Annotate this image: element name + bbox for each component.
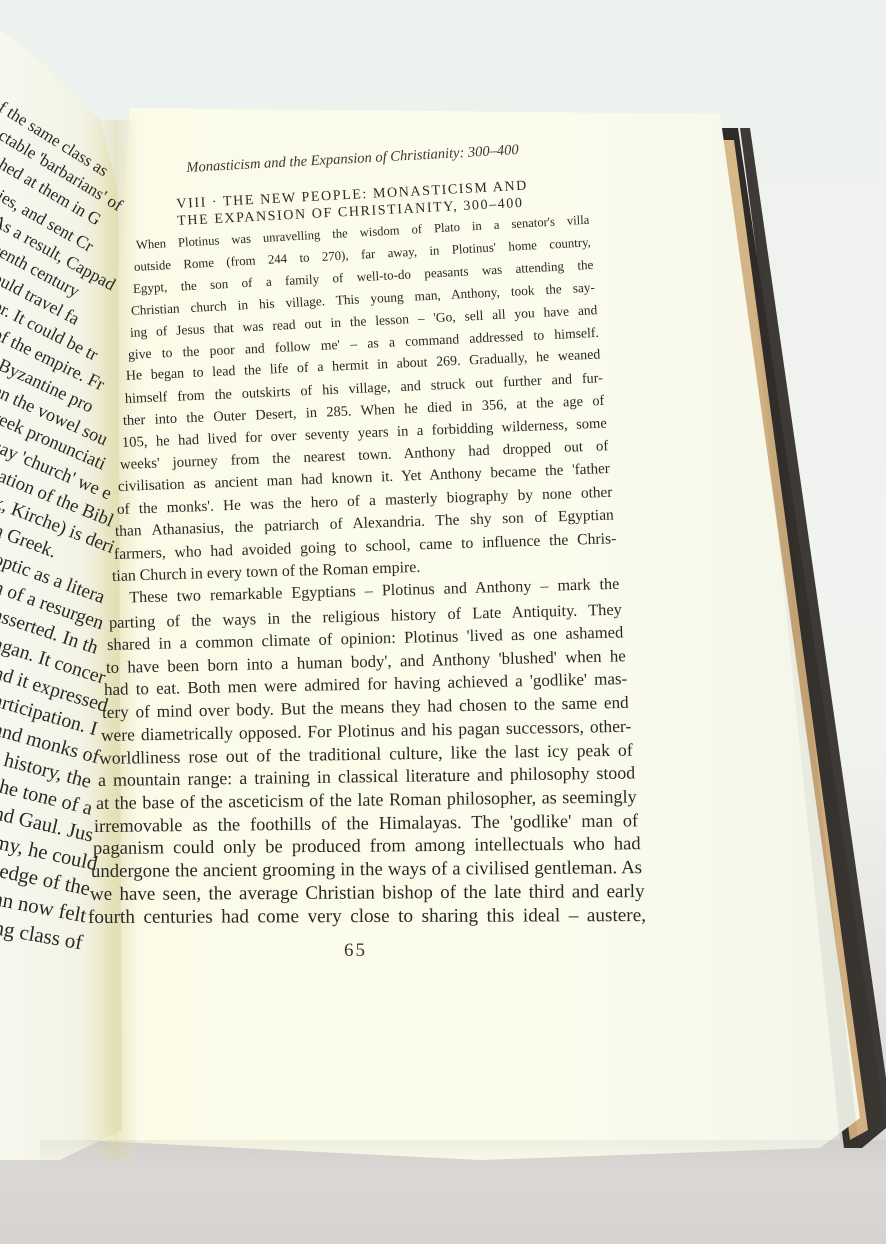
- body-line: we have seen, the average Christian bish…: [90, 881, 645, 906]
- body-line: fourth centuries had come very close to …: [88, 905, 646, 929]
- body-line: at the base of the asceticism of the lat…: [96, 786, 637, 814]
- book-photo: f the same class asctable 'barbarians' o…: [0, 0, 886, 1244]
- body-line: undergone the ancient grooming in the wa…: [91, 857, 642, 883]
- running-head: Monasticism and the Expansion of Christi…: [186, 139, 566, 177]
- table-surface: [40, 1140, 886, 1170]
- right-page-content: Monasticism and the Expansion of Christi…: [0, 0, 886, 1244]
- body-line: paganism could only be produced from amo…: [93, 834, 641, 861]
- body-line: irremovable as the foothills of the Hima…: [94, 810, 638, 837]
- page-number: 65: [344, 940, 367, 962]
